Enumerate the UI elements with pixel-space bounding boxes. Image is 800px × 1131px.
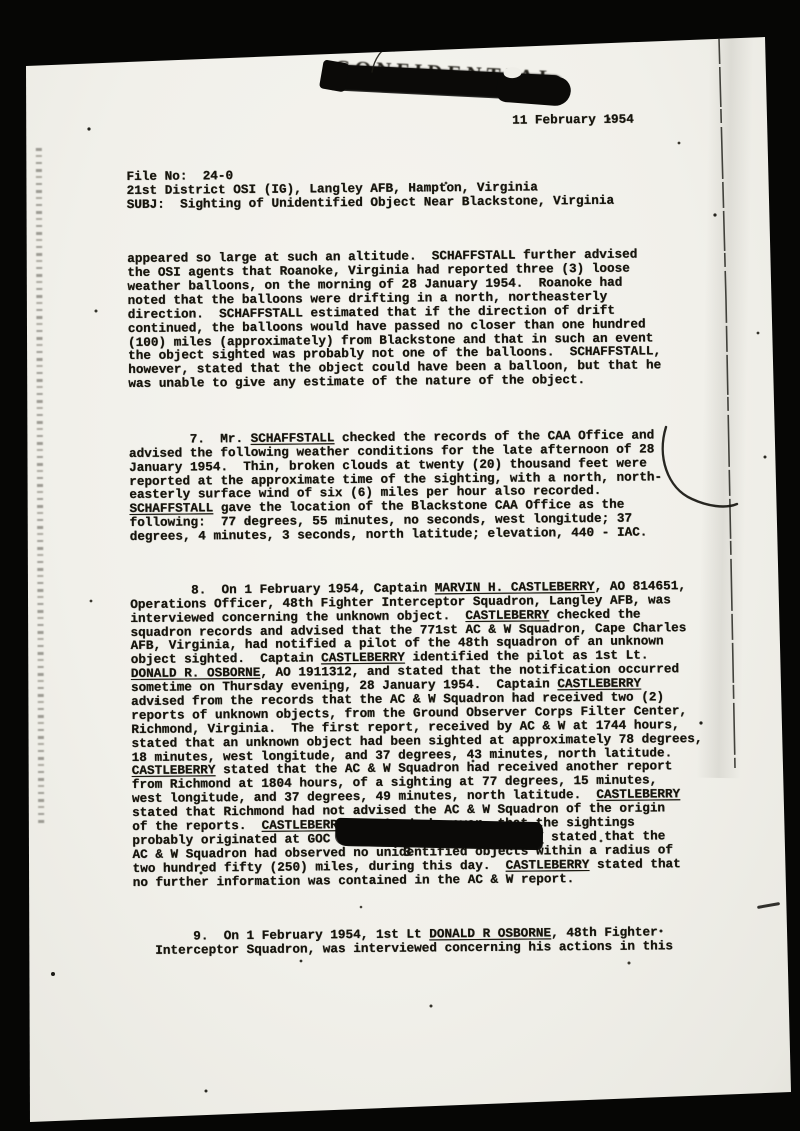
page-number: 3 xyxy=(403,845,411,861)
paragraph-7: 7. Mr. SCHAFFSTALL checked the records o… xyxy=(129,428,730,544)
pen-dash-mark xyxy=(757,902,780,908)
typed-text-block: 11 February 1954 File No: 24-021st Distr… xyxy=(126,111,734,986)
paragraph-9: 9. On 1 February 1954, 1st Lt DONALD R O… xyxy=(155,925,733,958)
document-paper: 11 February 1954 File No: 24-021st Distr… xyxy=(0,0,800,1131)
typed-line: Interceptor Squadron, was interviewed co… xyxy=(155,939,733,958)
film-edge-text-strip xyxy=(36,148,44,824)
redacted-classification-stamp-top: CONFIDENTIAL xyxy=(325,55,575,117)
redaction-bar-bottom xyxy=(336,818,542,848)
scan-specks xyxy=(0,0,2,2)
paragraph-continuation: appeared so large at such an altitude. S… xyxy=(127,247,728,391)
scanned-document-page: 11 February 1954 File No: 24-021st Distr… xyxy=(0,0,800,1131)
typed-line: degrees, 4 minutes, 3 seconds, north lat… xyxy=(130,525,730,544)
typed-line: was unable to give any estimate of the n… xyxy=(128,372,728,391)
document-header: File No: 24-021st District OSI (IG), Lan… xyxy=(126,152,726,211)
